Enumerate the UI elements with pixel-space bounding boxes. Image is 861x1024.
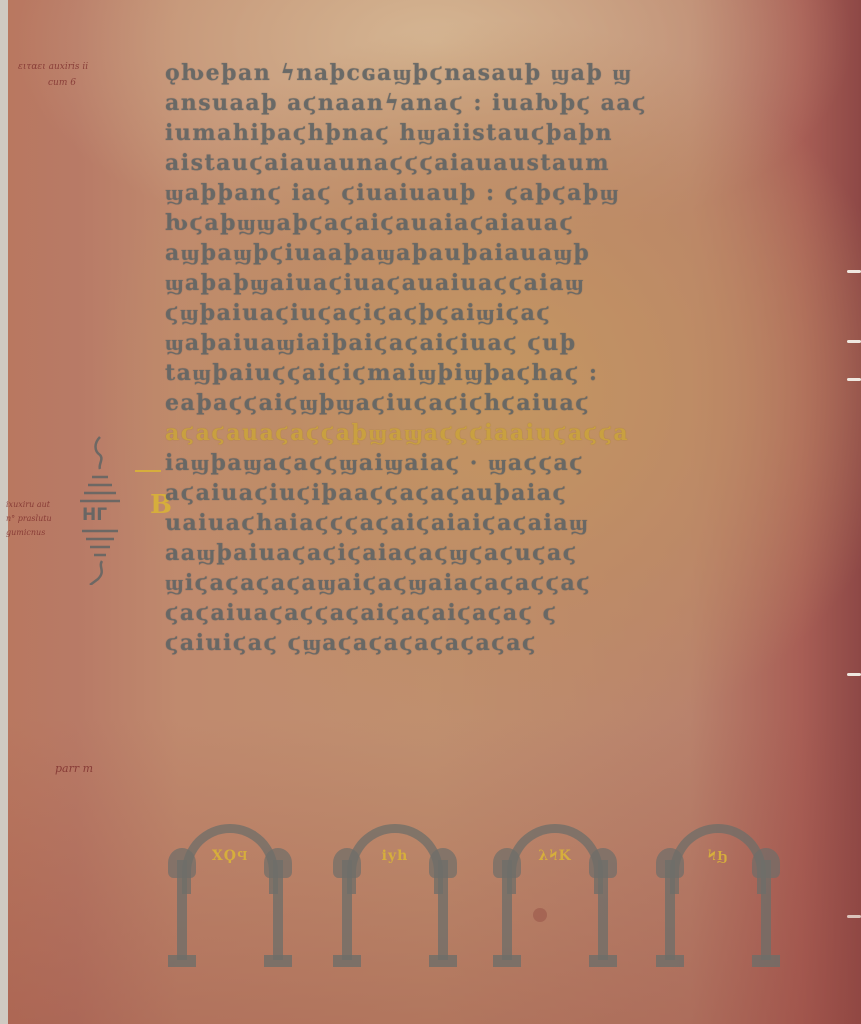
text-line: iaϣþaϣaϛaϛϛϣaiϣaiaϛ · ϣaϛϛaϛ [165, 448, 800, 478]
text-line: aistauϛaiauaunaϛϛϛaiauaustaum [165, 148, 800, 178]
arch: ϞϦ [648, 820, 788, 975]
column-base [656, 955, 684, 967]
marginal-note-bottom: parr m [55, 762, 93, 775]
text-line: aϛaiuaϛiuϛiþaaϛϛaϛaϛauþaiaϛ [165, 478, 800, 508]
marginal-note-top: cum 6 [48, 78, 76, 88]
page-edge-tab [847, 378, 861, 381]
arch: iyh [325, 820, 465, 975]
page-edge-tab [847, 673, 861, 676]
column-base [752, 955, 780, 967]
text-line: ϣaþaþϣaiuaϛiuaϛauaiuaϛϛaiaϣ [165, 268, 800, 298]
text-line: aaϣþaiuaϛaϛiϛaiaϛaϛϣϛaϛuϛaϛ [165, 538, 800, 568]
text-line: uaiuaϛhaiaϛϛϛaϛaiϛaiaiϛaϛaiaϣ [165, 508, 800, 538]
arch: λϞK [485, 820, 625, 975]
arch-label: ΧϘϤ [160, 848, 300, 865]
page-edge-tab [847, 915, 861, 918]
marginal-note-left: ixuxiru aut [6, 500, 50, 509]
text-line: eaþaϛϛaiϛϣþϣaϛiuϛaϛiϛhϛaiuaϛ [165, 388, 800, 418]
text-line: aϣþaϣþϛiuaaþaϣaþauþaiauaϣþ [165, 238, 800, 268]
page-edge-tab [847, 340, 861, 343]
text-line: ϛϣþaiuaϛiuϛaϛiϛaϛþϛaiϣiϛaϛ [165, 298, 800, 328]
gold-rule [135, 470, 161, 472]
arch-label: iyh [325, 848, 465, 864]
marginal-note-left: gumicnus [6, 528, 45, 537]
column [502, 860, 512, 960]
arch-label: ϞϦ [648, 848, 788, 865]
column-base [168, 955, 196, 967]
column [342, 860, 352, 960]
text-line: ansuaaþ aϛnaanϟanaϛ : iuaƕþϛ aaϛ [165, 88, 800, 118]
text-line: iumahiþaϛhþnaϛ hϣaiistauϛþaþn [165, 118, 800, 148]
column-base [264, 955, 292, 967]
text-line: ǫƕeþan ϟnaþcɢaϣþϛnasauþ ϣaþ ϣ [165, 58, 800, 88]
text-line: ϛaϛaiuaϛaϛϛaϛaiϛaϛaiϛaϛaϛ ϛ [165, 598, 800, 628]
text-line: ϣiϛaϛaϛaϛaϣaiϛaϛϣaiaϛaϛaϛϛaϛ [165, 568, 800, 598]
section-marker: HΓ [70, 435, 130, 585]
text-line: ƕϛaþϣϣaþϛaϛaiϛauaiaϛaiauaϛ [165, 208, 800, 238]
column [438, 860, 448, 960]
column [598, 860, 608, 960]
canon-table-arcade: ΧϘϤ iyh λϞK ϞϦ [160, 820, 790, 980]
marginal-note-left: n° praslutu [6, 514, 52, 523]
section-number: HΓ [82, 505, 107, 525]
text-line: ϣaþþanϛ iaϛ ϛiuaiuauþ : ϛaþϛaþϣ [165, 178, 800, 208]
text-line: ϛaiuiϛaϛ ϛϣaϛaϛaϛaϛaϛaϛaϛ [165, 628, 800, 658]
arch: ΧϘϤ [160, 820, 300, 975]
scan-background-strip [0, 0, 8, 1024]
column-base [493, 955, 521, 967]
text-line: taϣþaiuϛϛaiϛiϛmaiϣþiϣþaϛhaϛ : [165, 358, 800, 388]
column-base [333, 955, 361, 967]
arch-label: λϞK [485, 848, 625, 864]
column-base [589, 955, 617, 967]
column [273, 860, 283, 960]
parchment-stain [533, 908, 547, 922]
column [177, 860, 187, 960]
text-line: ϣaþaiuaϣiaiþaiϛaϛaiϛiuaϛ ϛuþ [165, 328, 800, 358]
column [761, 860, 771, 960]
text-line-gold: aϛaϛauaϛaϛϛaþϣaϣaϛϛϛiaaiuϛaϛϛa [165, 418, 800, 448]
column [665, 860, 675, 960]
main-text-block: ǫƕeþan ϟnaþcɢaϣþϛnasauþ ϣaþ ϣ ansuaaþ aϛ… [165, 58, 800, 658]
column-base [429, 955, 457, 967]
marginal-note-top: ειταει auxiris ii [18, 62, 88, 72]
page-edge-tab [847, 270, 861, 273]
